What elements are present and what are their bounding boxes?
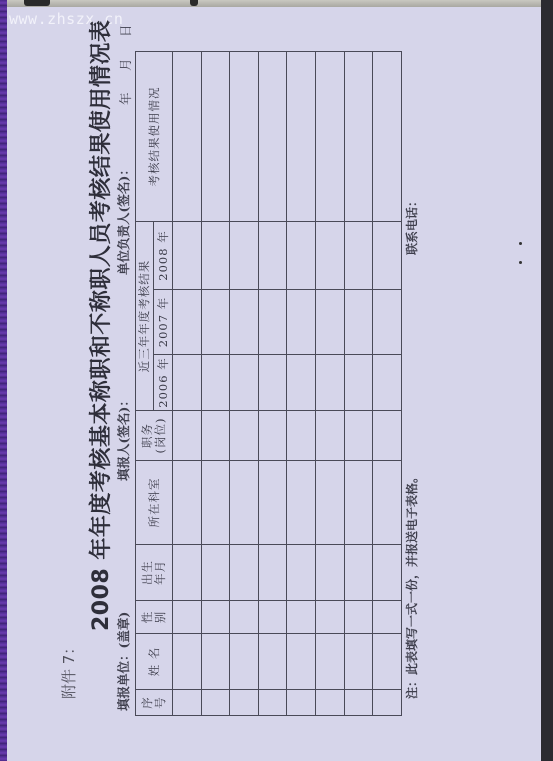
cell-position[interactable] [201, 411, 230, 461]
table-row [315, 51, 344, 715]
cell-serial[interactable] [287, 690, 316, 716]
cell-name[interactable] [344, 634, 373, 690]
cell-2007[interactable] [315, 290, 344, 355]
cell-gender[interactable] [258, 601, 287, 634]
header-results-group: 近三年年度考核结果 [136, 221, 154, 410]
cell-2006[interactable] [201, 355, 230, 411]
cell-serial[interactable] [258, 690, 287, 716]
cell-gender[interactable] [315, 601, 344, 634]
cell-name[interactable] [258, 634, 287, 690]
cell-usage[interactable] [230, 51, 259, 221]
cell-usage[interactable] [173, 51, 202, 221]
cell-gender[interactable] [173, 601, 202, 634]
header-year-2008: 2008 年 [154, 221, 173, 289]
cell-position[interactable] [344, 411, 373, 461]
contact-phone-label: 联系电话： [403, 195, 420, 255]
cell-birth[interactable] [344, 545, 373, 601]
cell-2008[interactable] [230, 221, 259, 289]
cell-2007[interactable] [201, 290, 230, 355]
cell-2008[interactable] [173, 221, 202, 289]
cell-name[interactable] [230, 634, 259, 690]
cell-usage[interactable] [201, 51, 230, 221]
filled-by-label: 填报人(签名)： [114, 394, 132, 481]
cell-position[interactable] [258, 411, 287, 461]
date-day: 日 [116, 24, 134, 37]
cell-2006[interactable] [173, 355, 202, 411]
cell-birth[interactable] [373, 545, 402, 601]
cell-name[interactable] [315, 634, 344, 690]
cell-department[interactable] [287, 461, 316, 545]
table-row [201, 51, 230, 715]
date-month: 月 [116, 58, 134, 71]
cell-position[interactable] [287, 411, 316, 461]
header-department: 所在科室 [136, 461, 173, 545]
cell-birth[interactable] [230, 545, 259, 601]
cell-2008[interactable] [315, 221, 344, 289]
header-position: 职务 (岗位) [136, 411, 173, 461]
reporting-unit-label: 填报单位：(盖章) [114, 612, 132, 711]
cell-birth[interactable] [258, 545, 287, 601]
cell-position[interactable] [230, 411, 259, 461]
unit-head-label: 单位负责人(签名)： [114, 163, 132, 275]
cell-2008[interactable] [258, 221, 287, 289]
footnote: 注：此表填写一式一份，并报送电子表格。 [403, 471, 420, 699]
cell-usage[interactable] [287, 51, 316, 221]
cell-serial[interactable] [315, 690, 344, 716]
cell-position[interactable] [373, 411, 402, 461]
cell-serial[interactable] [230, 690, 259, 716]
cell-birth[interactable] [315, 545, 344, 601]
cell-usage[interactable] [315, 51, 344, 221]
cell-serial[interactable] [201, 690, 230, 716]
header-usage: 考核结果使用情况 [136, 51, 173, 221]
cell-position[interactable] [315, 411, 344, 461]
cell-name[interactable] [373, 634, 402, 690]
header-year-2006: 2006 年 [154, 355, 173, 411]
header-gender: 性 别 [136, 601, 173, 634]
table-row [287, 51, 316, 715]
cell-serial[interactable] [173, 690, 202, 716]
cell-2006[interactable] [230, 355, 259, 411]
table-row [230, 51, 259, 715]
document-title: 2008 年年度考核基本称职和不称职人员考核结果使用情况表 [84, 111, 115, 631]
cell-2006[interactable] [258, 355, 287, 411]
cell-2008[interactable] [373, 221, 402, 289]
cell-2006[interactable] [315, 355, 344, 411]
header-serial: 序 号 [136, 690, 173, 716]
cell-department[interactable] [201, 461, 230, 545]
cell-serial[interactable] [344, 690, 373, 716]
cell-2008[interactable] [344, 221, 373, 289]
cell-birth[interactable] [173, 545, 202, 601]
table-row [344, 51, 373, 715]
rotated-document: 附件 7： 2008 年年度考核基本称职和不称职人员考核结果使用情况表 填报单位… [0, 0, 553, 761]
assessment-table: 序 号 姓 名 性 别 出生 年月 所在科室 职务 (岗位) 近三年年度考核结果 [135, 51, 402, 716]
cell-position[interactable] [173, 411, 202, 461]
cell-name[interactable] [173, 634, 202, 690]
table-row [373, 51, 402, 715]
cell-2006[interactable] [287, 355, 316, 411]
cell-2007[interactable] [173, 290, 202, 355]
cell-serial[interactable] [373, 690, 402, 716]
cell-2007[interactable] [258, 290, 287, 355]
table-row [258, 51, 287, 715]
attachment-label: 附件 7： [58, 640, 79, 699]
cell-2008[interactable] [201, 221, 230, 289]
header-birth: 出生 年月 [136, 545, 173, 601]
cell-birth[interactable] [287, 545, 316, 601]
cell-2008[interactable] [287, 221, 316, 289]
cell-usage[interactable] [258, 51, 287, 221]
cell-usage[interactable] [373, 51, 402, 221]
cell-department[interactable] [373, 461, 402, 545]
cell-department[interactable] [315, 461, 344, 545]
cell-gender[interactable] [287, 601, 316, 634]
cell-gender[interactable] [373, 601, 402, 634]
date-year: 年 [116, 92, 134, 105]
cell-2007[interactable] [287, 290, 316, 355]
cell-department[interactable] [258, 461, 287, 545]
cell-2006[interactable] [344, 355, 373, 411]
cell-2007[interactable] [344, 290, 373, 355]
cell-2007[interactable] [373, 290, 402, 355]
cell-gender[interactable] [201, 601, 230, 634]
cell-department[interactable] [344, 461, 373, 545]
table-body [173, 51, 402, 715]
cell-gender[interactable] [344, 601, 373, 634]
cell-name[interactable] [201, 634, 230, 690]
cell-2007[interactable] [230, 290, 259, 355]
cell-name[interactable] [287, 634, 316, 690]
cell-department[interactable] [230, 461, 259, 545]
header-name: 姓 名 [136, 634, 173, 690]
cell-department[interactable] [173, 461, 202, 545]
cell-birth[interactable] [201, 545, 230, 601]
cell-gender[interactable] [230, 601, 259, 634]
table-row [173, 51, 202, 715]
cell-2006[interactable] [373, 355, 402, 411]
header-year-2007: 2007 年 [154, 290, 173, 355]
cell-usage[interactable] [344, 51, 373, 221]
